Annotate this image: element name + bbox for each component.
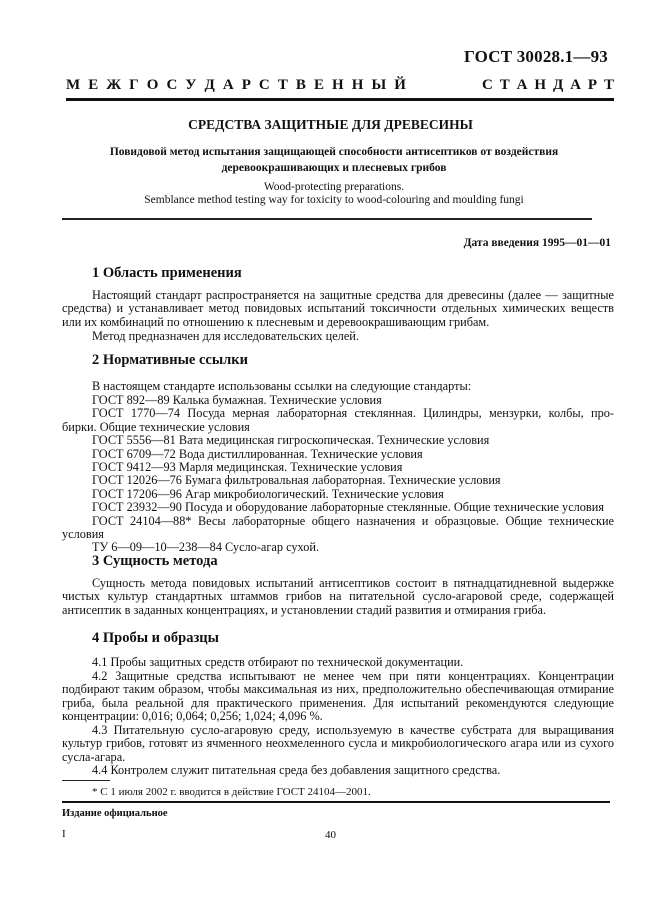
- edition-label: Издание официальное: [62, 808, 168, 819]
- document-page: ГОСТ 30028.1—93 МЕЖГОСУДАРСТВЕННЫЙ СТАНД…: [0, 0, 661, 902]
- section-1-text: Настоящий стандарт распространяется на з…: [62, 288, 614, 329]
- banner-word-interstate: МЕЖГОСУДАРСТВЕННЫЙ: [66, 77, 406, 94]
- banner-letter: С: [482, 77, 493, 94]
- reference-item: ГОСТ 9412—93 Марля медицинская. Техничес…: [92, 461, 614, 474]
- reference-item: ГОСТ 17206—96 Агар микробиологический. Т…: [92, 488, 614, 501]
- reference-item: ГОСТ 24104—88* Весы лабораторные общего …: [92, 515, 614, 528]
- banner-letter: Е: [88, 77, 98, 94]
- banner-letter: Ж: [106, 77, 121, 94]
- section-1-paragraph: Настоящий стандарт распространяется на з…: [62, 289, 614, 329]
- clause-4-4: 4.4 Контролем служит питательная среда б…: [62, 764, 614, 777]
- introduction-date: Дата введения 1995—01—01: [464, 237, 611, 249]
- reference-item: ГОСТ 1770—74 Посуда мерная лабораторная …: [92, 407, 614, 420]
- banner-letter: Й: [394, 77, 406, 94]
- banner-letter: У: [185, 77, 196, 94]
- section-3-heading: 3 Сущность метода: [92, 553, 218, 570]
- banner-letter: О: [147, 77, 159, 94]
- standard-number: ГОСТ 30028.1—93: [464, 47, 608, 67]
- clause-4-2-text: 4.2 Защитные средства испытывают не мене…: [62, 669, 614, 723]
- banner-letter: Т: [604, 77, 614, 94]
- reference-item: ГОСТ 23932—90 Посуда и оборудование лабо…: [92, 501, 614, 514]
- footnote: * С 1 июля 2002 г. вводится в действие Г…: [92, 786, 371, 798]
- banner-letter: Н: [534, 77, 546, 94]
- banner-letter: Г: [129, 77, 139, 94]
- banner-letter: Т: [500, 77, 510, 94]
- banner-letter: В: [296, 77, 306, 94]
- clause-4-1: 4.1 Пробы защитных средств отбирают по т…: [62, 656, 614, 669]
- section-3-text: Сущность метода повидовых испытаний анти…: [62, 576, 614, 617]
- title-rule: [62, 218, 592, 220]
- clause-4-1-text: 4.1 Пробы защитных средств отбирают по т…: [92, 655, 463, 669]
- reference-item: ГОСТ 892—89 Калька бумажная. Технические…: [92, 394, 614, 407]
- banner-letter: Д: [204, 77, 214, 94]
- header-rule: [66, 98, 614, 101]
- reference-item: ГОСТ 5556—81 Вата медицинская гигроскопи…: [92, 434, 614, 447]
- reference-item: условия: [62, 528, 614, 541]
- footnote-separator: [62, 780, 110, 781]
- banner-letter: Н: [352, 77, 364, 94]
- banner-word-standard: СТАНДАРТ: [482, 77, 614, 94]
- page-number: 40: [0, 829, 661, 841]
- banner-letter: А: [570, 77, 581, 94]
- section-1-heading: 1 Область применения: [92, 265, 242, 282]
- clause-4-3-text: 4.3 Питательную сусло-агаровую среду, ис…: [62, 723, 614, 764]
- banner-letter: А: [517, 77, 528, 94]
- section-1-purpose: Метод предназначен для исследовательских…: [92, 330, 614, 343]
- footer-rule: [62, 801, 610, 803]
- section-3-paragraph: Сущность метода повидовых испытаний анти…: [62, 577, 614, 617]
- section-4-heading: 4 Пробы и образцы: [92, 630, 219, 647]
- clause-4-4-text: 4.4 Контролем служит питательная среда б…: [92, 763, 500, 777]
- banner-letter: С: [259, 77, 270, 94]
- reference-item: ГОСТ 12026—76 Бумага фильтровальная лабо…: [92, 474, 614, 487]
- banner-letter: Е: [314, 77, 324, 94]
- clause-4-2: 4.2 Защитные средства испытывают не мене…: [62, 670, 614, 724]
- banner-letter: А: [223, 77, 234, 94]
- banner-letter: Н: [332, 77, 344, 94]
- banner-letter: Р: [242, 77, 251, 94]
- banner-letter: Т: [278, 77, 288, 94]
- reference-item: бирки. Общие технические условия: [62, 421, 614, 434]
- banner-letter: Д: [553, 77, 563, 94]
- english-title: Wood-protecting preparations. Semblance …: [60, 181, 608, 207]
- banner-letter: Р: [588, 77, 597, 94]
- section-2-intro: В настоящем стандарте использованы ссылк…: [92, 380, 614, 393]
- reference-item: ГОСТ 6709—72 Вода дистиллированная. Техн…: [92, 448, 614, 461]
- banner-letter: М: [66, 77, 80, 94]
- clause-4-3: 4.3 Питательную сусло-агаровую среду, ис…: [62, 724, 614, 764]
- banner-letter: Ы: [371, 77, 386, 94]
- english-title-line-1: Wood-protecting preparations.: [60, 181, 608, 194]
- english-title-line-2: Semblance method testing way for toxicit…: [60, 194, 608, 207]
- interstate-standard-banner: МЕЖГОСУДАРСТВЕННЫЙ СТАНДАРТ: [66, 77, 614, 94]
- document-subtitle: Повидовой метод испытания защищающей спо…: [60, 144, 608, 176]
- section-2-heading: 2 Нормативные ссылки: [92, 352, 248, 369]
- document-title: СРЕДСТВА ЗАЩИТНЫЕ ДЛЯ ДРЕВЕСИНЫ: [0, 117, 661, 133]
- banner-letter: С: [166, 77, 177, 94]
